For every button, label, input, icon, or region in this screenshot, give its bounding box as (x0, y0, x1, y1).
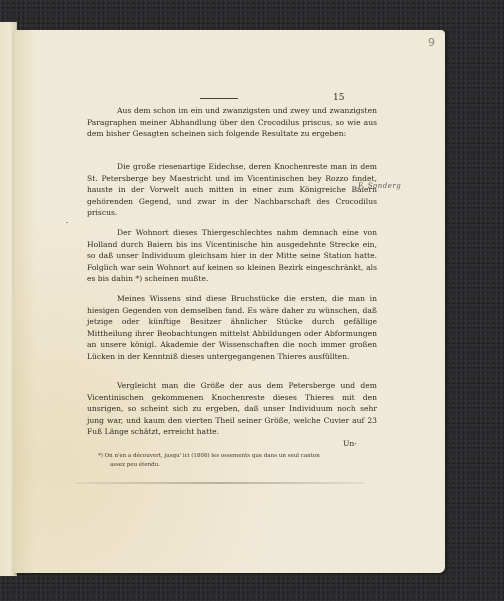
paragraph-2: Die große riesenartige Eidechse, deren K… (87, 161, 377, 219)
pencil-page-number: 9 (428, 36, 435, 49)
paragraph-5: Vergleicht man die Größe der aus dem Pet… (87, 380, 377, 438)
margin-mark (66, 222, 68, 223)
footnote: *) On n'en a découvert, jusqu' ici (1808… (98, 452, 360, 470)
paragraph-text: Die große riesenartige Eidechse, deren K… (87, 161, 377, 219)
paragraph-text: Der Wohnort dieses Thiergeschlechtes nah… (87, 227, 377, 285)
footnote-line-1: *) On n'en a découvert, jusqu' ici (1808… (98, 453, 320, 459)
footnote-line-2: assez peu étendu. (98, 461, 360, 470)
page-fold-shadow (75, 482, 365, 484)
catchword: Un- (343, 439, 357, 448)
paragraph-text: Aus dem schon im ein und zwanzigsten und… (87, 105, 377, 140)
paragraph-1: Aus dem schon im ein und zwanzigsten und… (87, 105, 377, 140)
paragraph-3: Der Wohnort dieses Thiergeschlechtes nah… (87, 227, 377, 285)
folio-number: 15 (333, 93, 344, 103)
paragraph-text: Vergleicht man die Größe der aus dem Pet… (87, 380, 377, 438)
header-rule (200, 98, 238, 99)
paragraph-text: Meines Wissens sind diese Bruchstücke di… (87, 293, 377, 362)
paragraph-4: Meines Wissens sind diese Bruchstücke di… (87, 293, 377, 362)
handwritten-margin-note: F. Sonderg (358, 182, 401, 190)
